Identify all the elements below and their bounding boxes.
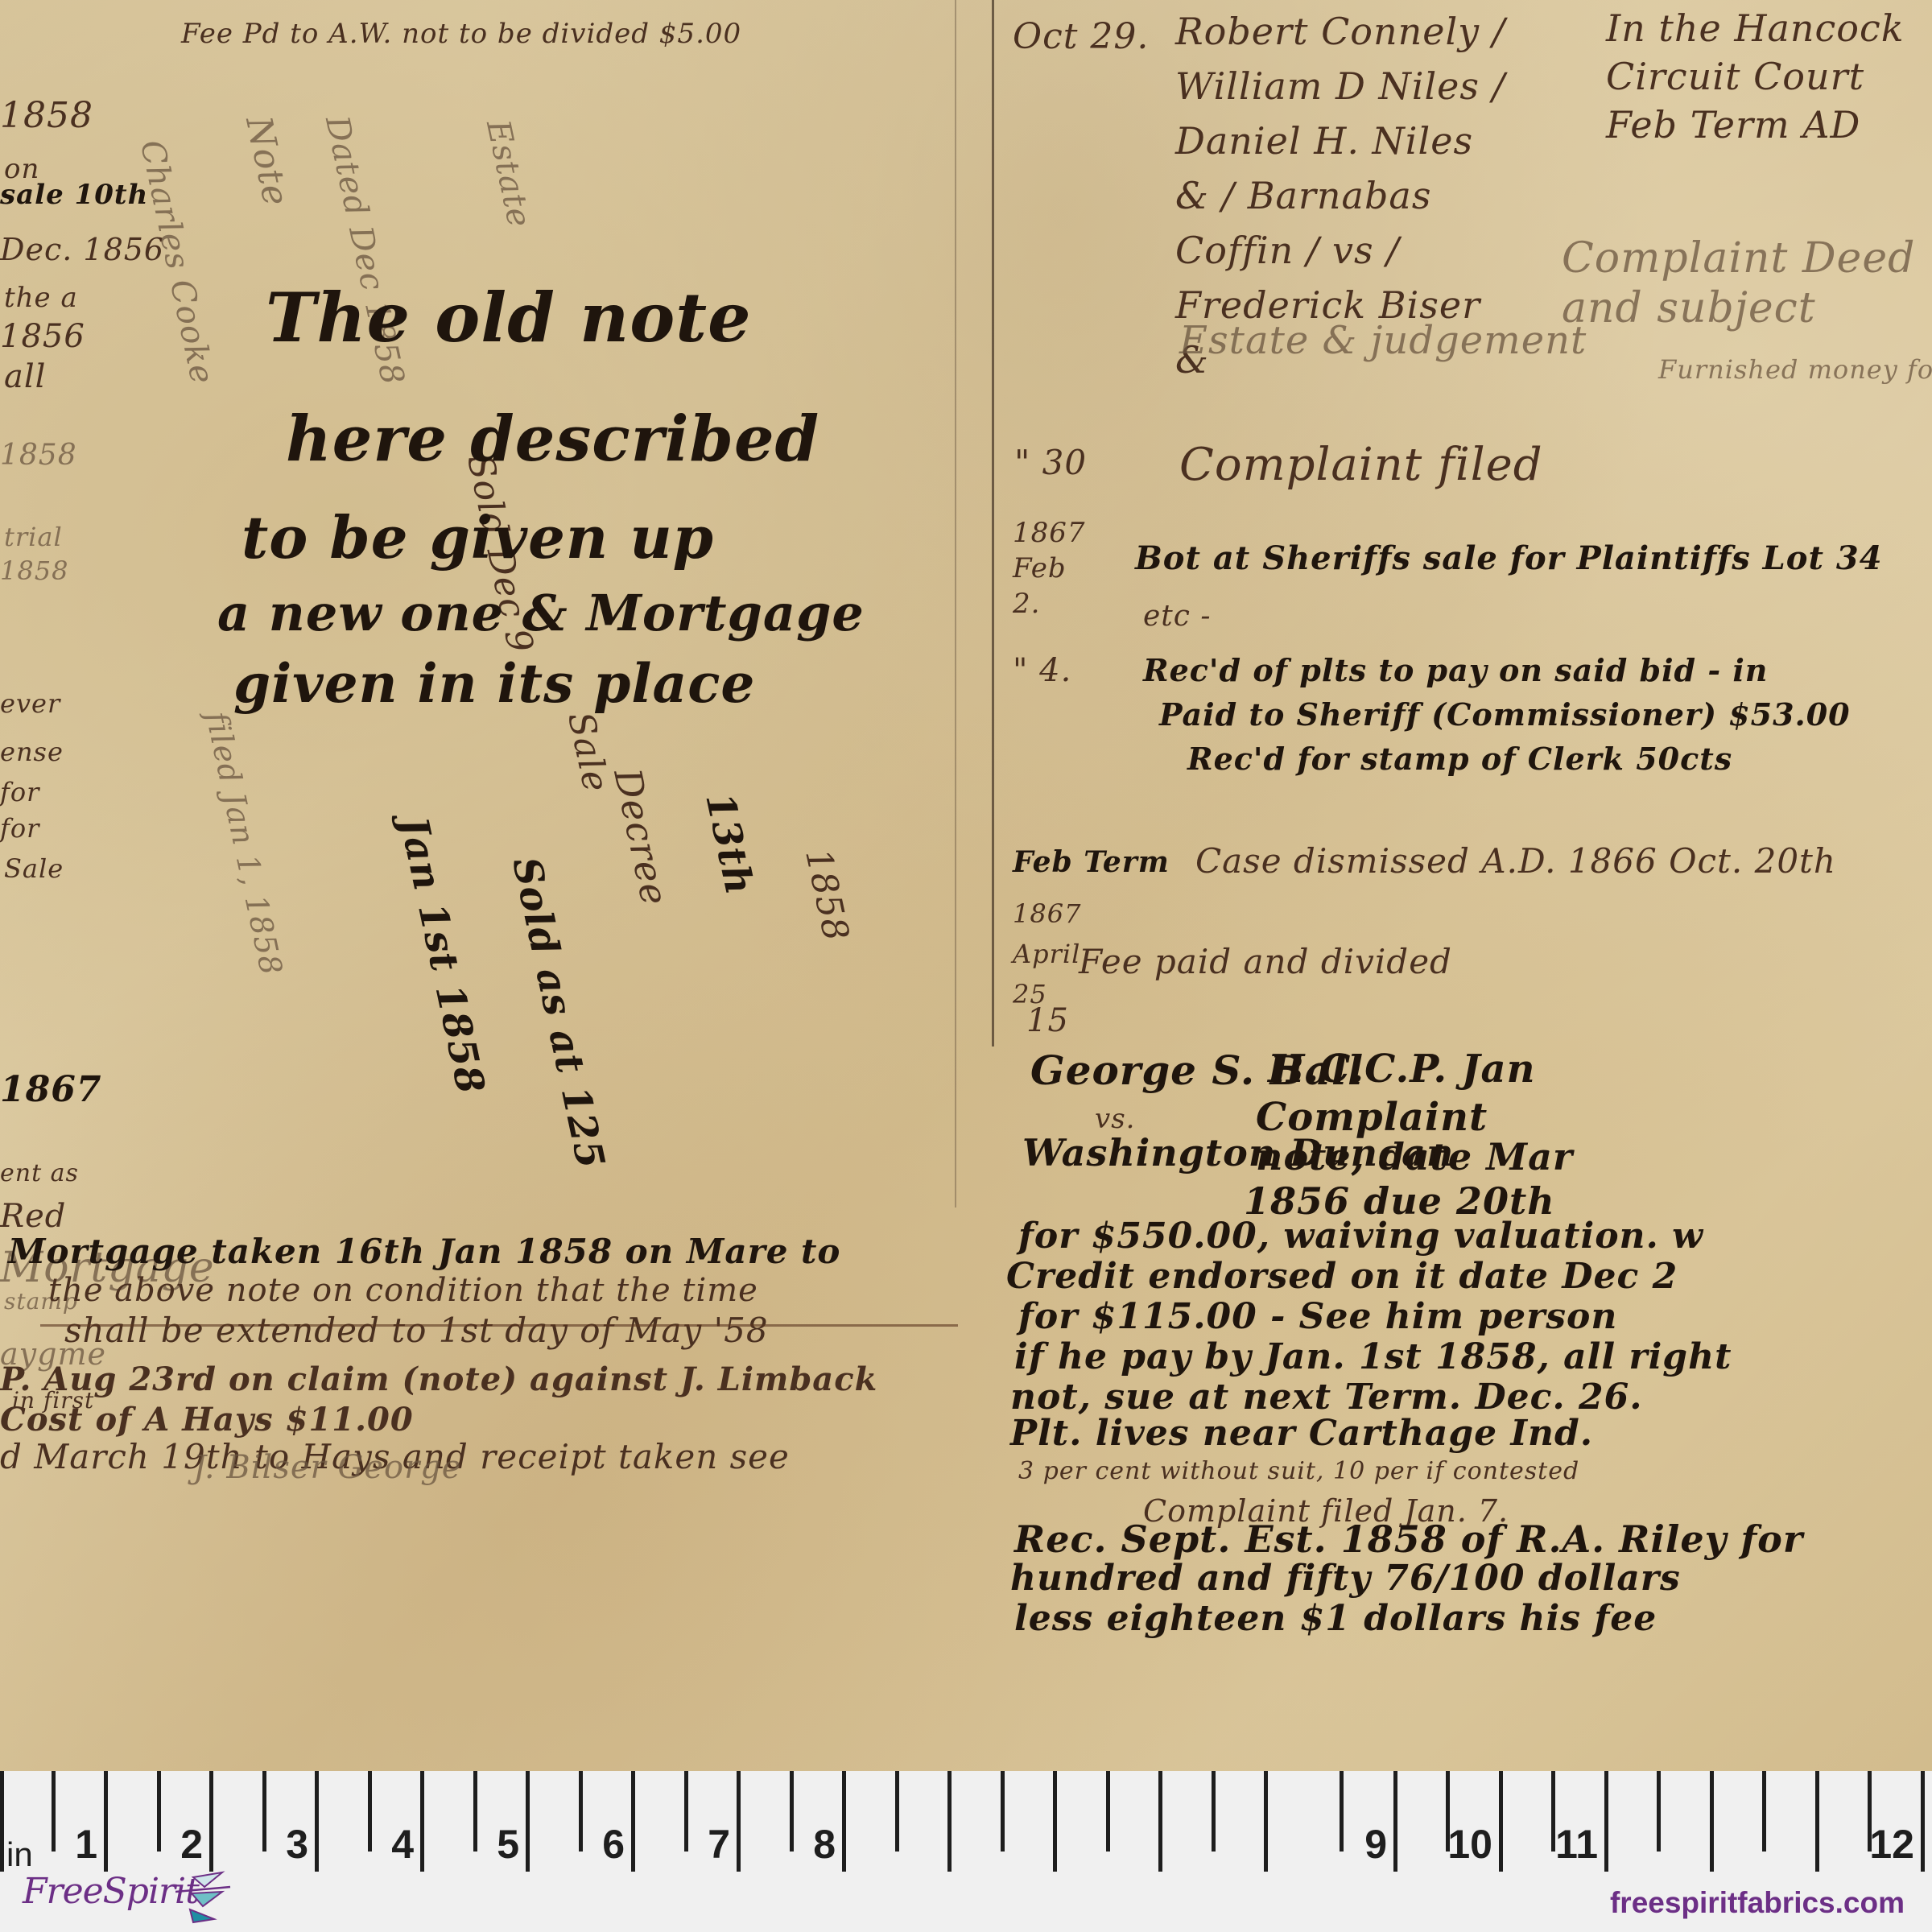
- ruler-number: 11: [1555, 1824, 1604, 1864]
- ruler-number: 5: [497, 1824, 526, 1864]
- entry-text: Complaint filed: [1179, 439, 1543, 491]
- ruler-number: 2: [180, 1824, 209, 1864]
- ruler-tick-major: [1393, 1771, 1397, 1872]
- margin-fragment: 1858: [0, 95, 93, 136]
- ruler-tick-major: [842, 1771, 846, 1872]
- entry-text: Rec'd for stamp of Clerk 50cts: [1187, 741, 1732, 777]
- entry-text: Furnished money for: [1658, 354, 1932, 385]
- margin-fragment: 1867: [0, 1069, 101, 1110]
- ruler-number: 3: [286, 1824, 315, 1864]
- website-link[interactable]: freespiritfabrics.com: [1610, 1886, 1905, 1920]
- left-bottom-line: Cost of A Hays $11.00: [0, 1401, 414, 1439]
- entry-date: Oct 29.: [1013, 16, 1149, 57]
- margin-fragment: sale 10th: [0, 179, 148, 211]
- ruler-tick-minor: [790, 1771, 794, 1851]
- ruler-number: 4: [391, 1824, 420, 1864]
- body-line: if he pay by Jan. 1st 1858, all right: [1014, 1336, 1732, 1377]
- vertical-script: Sold as at 125: [503, 853, 613, 1173]
- margin-fragment: trial: [4, 522, 63, 552]
- vertical-script: 1858: [797, 845, 857, 945]
- ruler-tick-minor: [262, 1771, 266, 1851]
- entry-text: Complaint Deed and subject: [1562, 233, 1932, 333]
- entry-text: Paid to Sheriff (Commissioner) $53.00: [1159, 696, 1851, 733]
- margin-fragment: Sale: [4, 853, 64, 884]
- vertical-script: Decree: [605, 765, 677, 910]
- margin-fragment: the a: [4, 282, 78, 314]
- body-line: hundred and fifty 76/100 dollars: [1010, 1558, 1681, 1599]
- ruler-tick-major: [1604, 1771, 1608, 1872]
- body-line: 3 per cent without suit, 10 per if conte…: [1018, 1457, 1579, 1485]
- margin-fragment: all: [4, 358, 46, 395]
- ruler-tick-minor: [1106, 1771, 1110, 1851]
- ruler-tick-major: [1815, 1771, 1819, 1872]
- ruler-tick-minor: [579, 1771, 583, 1851]
- entry-text: Rec'd of plts to pay on said bid - in: [1143, 652, 1768, 688]
- left-header-line: Fee Pd to A.W. not to be divided $5.00: [181, 18, 741, 50]
- margin-fragment: for: [0, 813, 39, 844]
- left-bottom-line: shall be extended to 1st day of May '58: [64, 1311, 769, 1350]
- entry-date: 1867 April 25: [1013, 894, 1085, 1014]
- ruler-number: 8: [813, 1824, 842, 1864]
- left-bottom-line: Mortgage taken 16th Jan 1858 on Mare to: [8, 1232, 840, 1271]
- ruler-number: 10: [1447, 1824, 1499, 1864]
- ruler-tick-major: [420, 1771, 424, 1872]
- page-divider-line: [992, 0, 994, 1046]
- margin-fragment: 1858: [0, 555, 68, 586]
- body-line: less eighteen $1 dollars his fee: [1014, 1598, 1657, 1639]
- logo-wordmark: FreeSpirit: [23, 1871, 199, 1912]
- ruler-tick-major: [737, 1771, 741, 1872]
- large-script-line: here described: [286, 402, 819, 476]
- ruler-tick-major: [1921, 1771, 1925, 1872]
- vertical-script: filed Jan 1, 1858: [199, 708, 289, 979]
- ruler-tick-major: [1499, 1771, 1503, 1872]
- ruler-number: 6: [602, 1824, 631, 1864]
- entry-date: " 30: [1014, 443, 1087, 482]
- ruler-tick-minor: [1657, 1771, 1661, 1851]
- body-line: for $550.00, waiving valuation. w: [1018, 1216, 1703, 1257]
- vertical-script: 13th: [696, 789, 762, 899]
- body-line: Rec. Sept. Est. 1858 of R.A. Riley for: [1014, 1517, 1803, 1561]
- ruler-unit-label: in: [6, 1835, 33, 1874]
- margin-fragment: 1858: [0, 439, 77, 472]
- ruler-tick-major: [209, 1771, 213, 1872]
- margin-fragment: for: [0, 777, 39, 807]
- entry-text: In the Hancock Circuit Court Feb Term AD: [1606, 4, 1932, 149]
- body-line: Plt. lives near Carthage Ind.: [1010, 1413, 1593, 1454]
- entry-text: etc -: [1143, 600, 1212, 633]
- left-bottom-line: J. Bilser George: [193, 1449, 461, 1486]
- ruler-tick-minor: [1340, 1771, 1344, 1851]
- margin-fragment: 1856: [0, 318, 85, 355]
- ruler-tick-minor: [1212, 1771, 1216, 1851]
- entry-date: Feb Term: [1013, 845, 1170, 879]
- ruler-tick-major: [1053, 1771, 1057, 1872]
- margin-fragment: ent as: [0, 1159, 79, 1187]
- ruler-tick-major: [1158, 1771, 1162, 1872]
- ruler-tick-minor: [1762, 1771, 1766, 1851]
- ruler-tick-minor: [368, 1771, 372, 1851]
- large-script-line: given in its place: [233, 652, 755, 715]
- entry-text: Case dismissed A.D. 1866 Oct. 20th: [1195, 841, 1836, 881]
- ruler-tick-minor: [52, 1771, 56, 1851]
- ruler-tick-major: [526, 1771, 530, 1872]
- entry-date: 1867 Feb 2.: [1013, 515, 1085, 621]
- entry-text: Bot at Sheriffs sale for Plaintiffs Lot …: [1135, 539, 1883, 577]
- body-line: for $115.00 - See him person: [1018, 1296, 1617, 1337]
- vertical-script: Estate: [479, 117, 538, 231]
- ruler-tick-major: [104, 1771, 108, 1872]
- large-script-line: to be given up: [242, 503, 714, 572]
- margin-fragment: ense: [0, 737, 64, 767]
- left-bottom-line: P. Aug 23rd on claim (note) against J. L…: [0, 1360, 877, 1398]
- ruler-tick-minor: [1001, 1771, 1005, 1851]
- brace-text: note, date Mar: [1256, 1135, 1573, 1179]
- entry-date: 15: [1026, 1002, 1069, 1039]
- ruler-tick-major: [947, 1771, 952, 1872]
- ruler-tick-major: [0, 1771, 4, 1872]
- ruler-tick-minor: [157, 1771, 161, 1851]
- vertical-script: Jan 1st 1858: [390, 813, 493, 1098]
- ruler-number: 9: [1364, 1824, 1393, 1864]
- left-page-edge-line: [955, 0, 956, 1207]
- underline-rule: [40, 1324, 958, 1327]
- left-bottom-line: the above note on condition that the tim…: [48, 1272, 758, 1309]
- ruler-number: 7: [708, 1824, 737, 1864]
- entry-text: Fee paid and divided: [1079, 942, 1452, 981]
- body-line: not, sue at next Term. Dec. 26.: [1010, 1377, 1643, 1418]
- ruler-tick-minor: [684, 1771, 688, 1851]
- freespirit-logo: FreeSpirit: [23, 1869, 232, 1932]
- brace-text: H.C.C.P. Jan: [1268, 1046, 1535, 1092]
- ruler-tick-major: [631, 1771, 635, 1872]
- entry-date: " 4.: [1013, 652, 1071, 689]
- margin-fragment: ever: [0, 688, 60, 719]
- ruler-tick-major: [1710, 1771, 1714, 1872]
- margin-fragment: Dec. 1856: [0, 232, 164, 267]
- ruler-tick-minor: [473, 1771, 477, 1851]
- ruler-tick-major: [1264, 1771, 1268, 1872]
- body-line: Credit endorsed on it date Dec 2: [1006, 1256, 1678, 1297]
- margin-fragment: Red: [0, 1198, 66, 1235]
- ruler-number: 12: [1869, 1824, 1921, 1864]
- ruler-tick-major: [315, 1771, 319, 1872]
- logo-triangles-icon: [175, 1869, 232, 1926]
- large-script-line: The old note: [266, 278, 752, 357]
- large-script-line: a new one & Mortgage: [217, 584, 865, 642]
- vertical-script: Note: [237, 113, 296, 210]
- entry-text: Estate & judgement: [1179, 318, 1587, 363]
- ruler-number: 1: [75, 1824, 104, 1864]
- case-vs: vs.: [1095, 1103, 1135, 1135]
- ruler-tick-minor: [895, 1771, 899, 1851]
- fabric-print: Fee Pd to A.W. not to be divided $5.00 1…: [0, 0, 1932, 1771]
- brace-text: Complaint: [1256, 1095, 1488, 1140]
